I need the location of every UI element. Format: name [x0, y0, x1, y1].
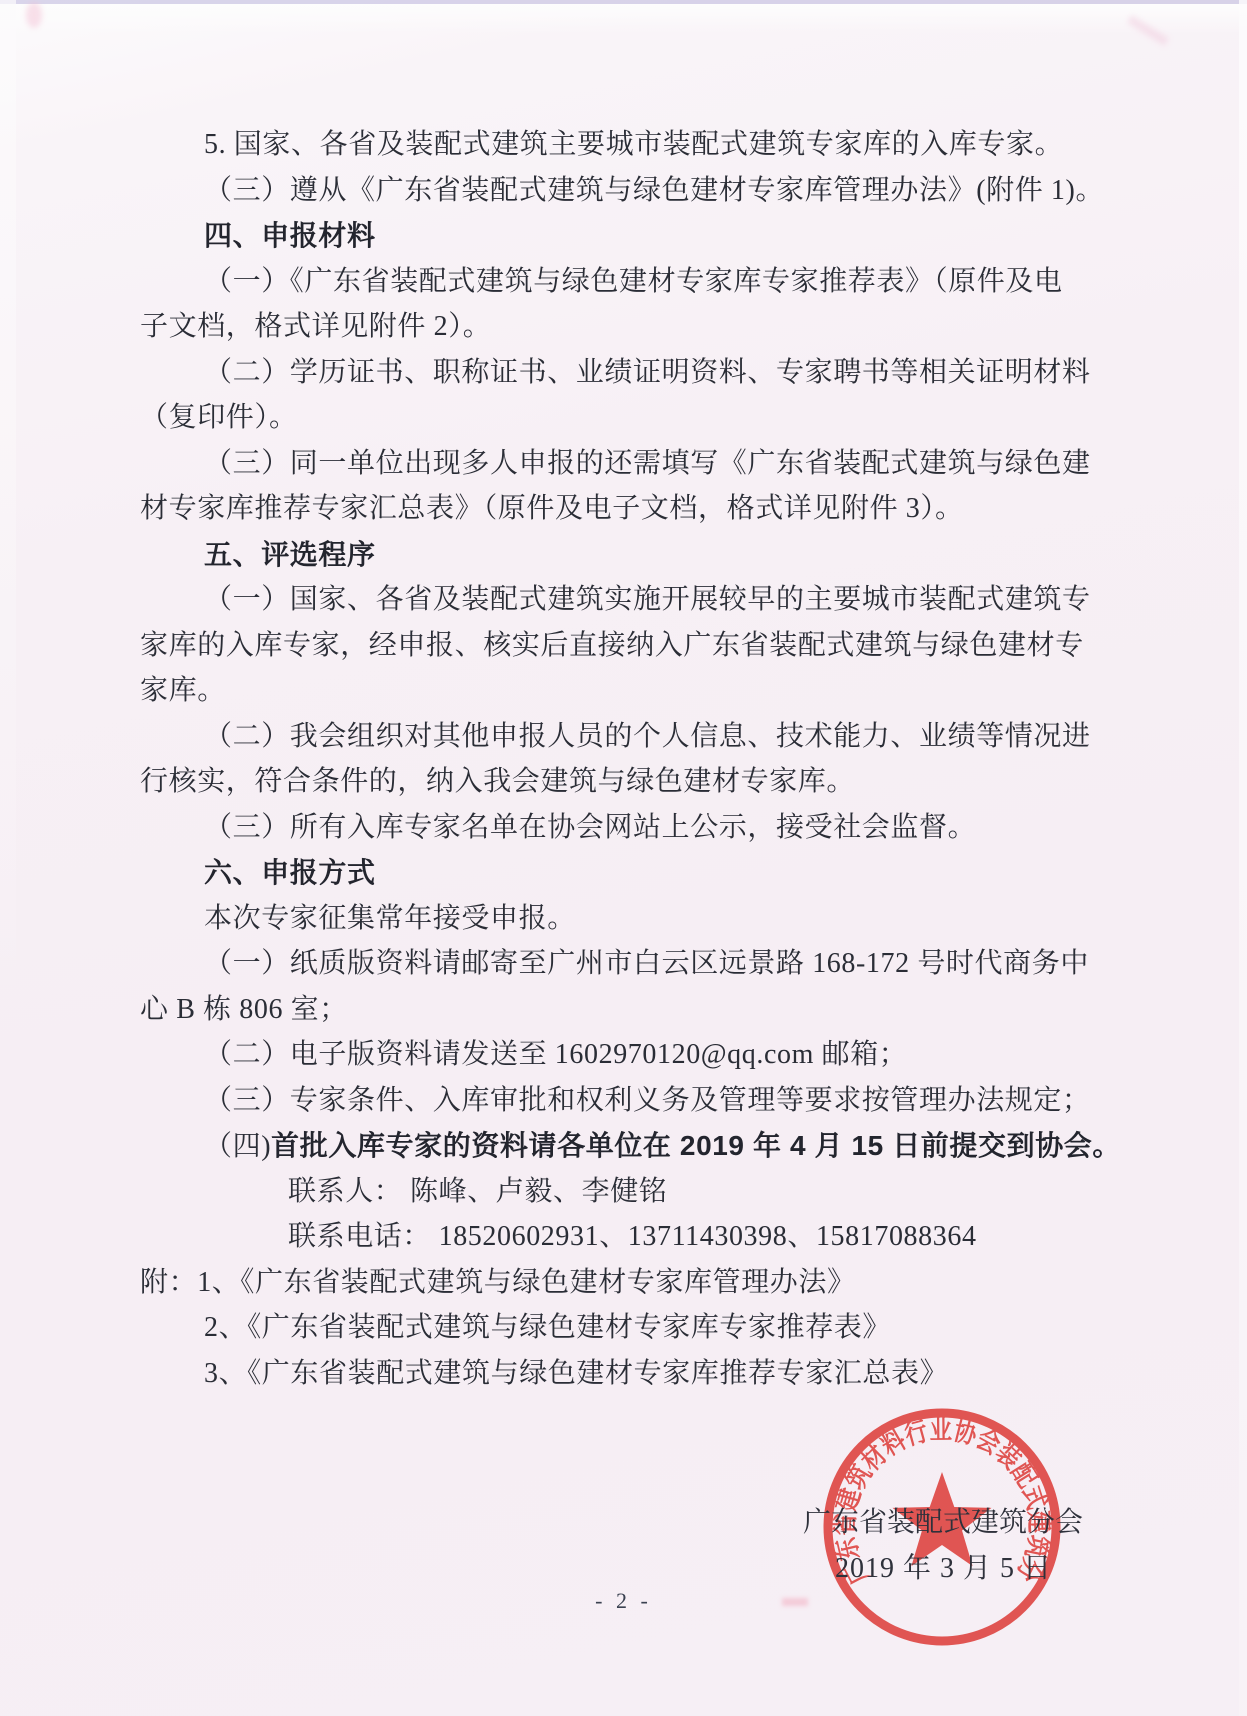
text-line: （三）遵从《广东省装配式建筑与绿色建材专家库管理办法》(附件 1)。 — [140, 168, 1220, 214]
scan-light-band — [0, 0, 16, 1030]
line-text-bold: 首批入库专家的资料请各单位在 2019 年 4 月 15 日前提交到协会。 — [271, 1130, 1121, 1161]
text-line: 本次专家征集常年接受申报。 — [140, 896, 1220, 942]
scan-light-band — [0, 4, 1247, 34]
line-text: （四) — [204, 1131, 271, 1162]
line-text: 心 B 栋 806 室； — [140, 994, 348, 1025]
section-heading: 六、申报方式 — [140, 850, 1220, 896]
line-text: 附：1、《广东省装配式建筑与绿色建材专家库管理办法》 — [140, 1267, 856, 1298]
text-line: （复印件）。 — [140, 395, 1220, 441]
line-text: （三）所有入库专家名单在协会网站上公示，接受社会监督。 — [204, 812, 976, 843]
signature-organization: 广东省装配式建筑分会 — [803, 1500, 1083, 1540]
scan-edge-artifact — [1239, 0, 1247, 1716]
line-text: （三）遵从《广东省装配式建筑与绿色建材专家库管理办法》(附件 1)。 — [204, 175, 1104, 206]
line-text: （三）同一单位出现多人申报的还需填写《广东省装配式建筑与绿色建 — [204, 448, 1091, 479]
line-text: （复印件）。 — [140, 402, 298, 433]
text-line: （一）国家、各省及装配式建筑实施开展较早的主要城市装配式建筑专 — [140, 577, 1220, 623]
text-line: （二）我会组织对其他申报人员的个人信息、技术能力、业绩等情况进 — [140, 714, 1220, 760]
line-text: （二）电子版资料请发送至 1602970120@qq.com 邮箱； — [204, 1039, 907, 1070]
line-text: 材专家库推荐专家汇总表》（原件及电子文档，格式详见附件 3）。 — [140, 493, 964, 524]
scanned-document-page: 5. 国家、各省及装配式建筑主要城市装配式建筑专家库的入库专家。（三）遵从《广东… — [0, 0, 1247, 1716]
section-heading: 五、评选程序 — [140, 532, 1220, 578]
line-text: （一）国家、各省及装配式建筑实施开展较早的主要城市装配式建筑专 — [204, 584, 1091, 615]
signature-date: 2019 年 3 月 5 日 — [835, 1546, 1052, 1586]
text-line: 家库。 — [140, 668, 1220, 714]
text-line: （二）学历证书、职称证书、业绩证明资料、专家聘书等相关证明材料 — [140, 350, 1220, 396]
text-line: （二）电子版资料请发送至 1602970120@qq.com 邮箱； — [140, 1032, 1220, 1078]
line-text: 联系电话： 18520602931、13711430398、1581708836… — [288, 1221, 977, 1252]
line-text: （二）我会组织对其他申报人员的个人信息、技术能力、业绩等情况进 — [204, 721, 1091, 752]
text-line: （三）同一单位出现多人申报的还需填写《广东省装配式建筑与绿色建 — [140, 441, 1220, 487]
text-line: 联系电话： 18520602931、13711430398、1581708836… — [140, 1214, 1220, 1260]
line-text: （三）专家条件、入库审批和权利义务及管理等要求按管理办法规定； — [204, 1085, 1091, 1116]
text-line: 心 B 栋 806 室； — [140, 987, 1220, 1033]
text-line: （一）《广东省装配式建筑与绿色建材专家库专家推荐表》（原件及电 — [140, 259, 1220, 305]
body-text: 5. 国家、各省及装配式建筑主要城市装配式建筑专家库的入库专家。（三）遵从《广东… — [140, 122, 1220, 1396]
text-line: （三）所有入库专家名单在协会网站上公示，接受社会监督。 — [140, 805, 1220, 851]
section-heading: 四、申报材料 — [140, 213, 1220, 259]
line-text: 5. 国家、各省及装配式建筑主要城市装配式建筑专家库的入库专家。 — [204, 129, 1063, 160]
text-line: 5. 国家、各省及装配式建筑主要城市装配式建筑专家库的入库专家。 — [140, 122, 1220, 168]
text-line: 3、《广东省装配式建筑与绿色建材专家库推荐专家汇总表》 — [140, 1351, 1220, 1397]
text-line: （四)首批入库专家的资料请各单位在 2019 年 4 月 15 日前提交到协会。 — [140, 1123, 1220, 1169]
text-line: 行核实，符合条件的，纳入我会建筑与绿色建材专家库。 — [140, 759, 1220, 805]
line-text: 家库。 — [140, 675, 226, 706]
line-text: （一）纸质版资料请邮寄至广州市白云区远景路 168-172 号时代商务中 — [204, 948, 1089, 979]
text-line: 家库的入库专家，经申报、核实后直接纳入广东省装配式建筑与绿色建材专 — [140, 623, 1220, 669]
text-line: （三）专家条件、入库审批和权利义务及管理等要求按管理办法规定； — [140, 1078, 1220, 1124]
line-text: 子文档，格式详见附件 2）。 — [140, 311, 491, 342]
line-text: 四、申报材料 — [204, 220, 376, 251]
text-line: 子文档，格式详见附件 2）。 — [140, 304, 1220, 350]
line-text: 2、《广东省装配式建筑与绿色建材专家库专家推荐表》 — [204, 1312, 891, 1343]
line-text: 五、评选程序 — [204, 539, 376, 570]
line-text: 联系人： 陈峰、卢毅、李健铭 — [288, 1176, 667, 1207]
line-text: 六、申报方式 — [204, 857, 376, 888]
line-text: （二）学历证书、职称证书、业绩证明资料、专家聘书等相关证明材料 — [204, 357, 1091, 388]
text-line: 附：1、《广东省装配式建筑与绿色建材专家库管理办法》 — [140, 1260, 1220, 1306]
line-text: 行核实，符合条件的，纳入我会建筑与绿色建材专家库。 — [140, 766, 855, 797]
line-text: （一）《广东省装配式建筑与绿色建材专家库专家推荐表》（原件及电 — [204, 266, 1063, 297]
line-text: 家库的入库专家，经申报、核实后直接纳入广东省装配式建筑与绿色建材专 — [140, 630, 1084, 661]
line-text: 本次专家征集常年接受申报。 — [204, 903, 576, 934]
text-line: （一）纸质版资料请邮寄至广州市白云区远景路 168-172 号时代商务中 — [140, 941, 1220, 987]
text-line: 材专家库推荐专家汇总表》（原件及电子文档，格式详见附件 3）。 — [140, 486, 1220, 532]
line-text: 3、《广东省装配式建筑与绿色建材专家库推荐专家汇总表》 — [204, 1358, 948, 1389]
text-line: 联系人： 陈峰、卢毅、李健铭 — [140, 1169, 1220, 1215]
text-line: 2、《广东省装配式建筑与绿色建材专家库专家推荐表》 — [140, 1305, 1220, 1351]
scan-smudge — [26, 2, 42, 28]
